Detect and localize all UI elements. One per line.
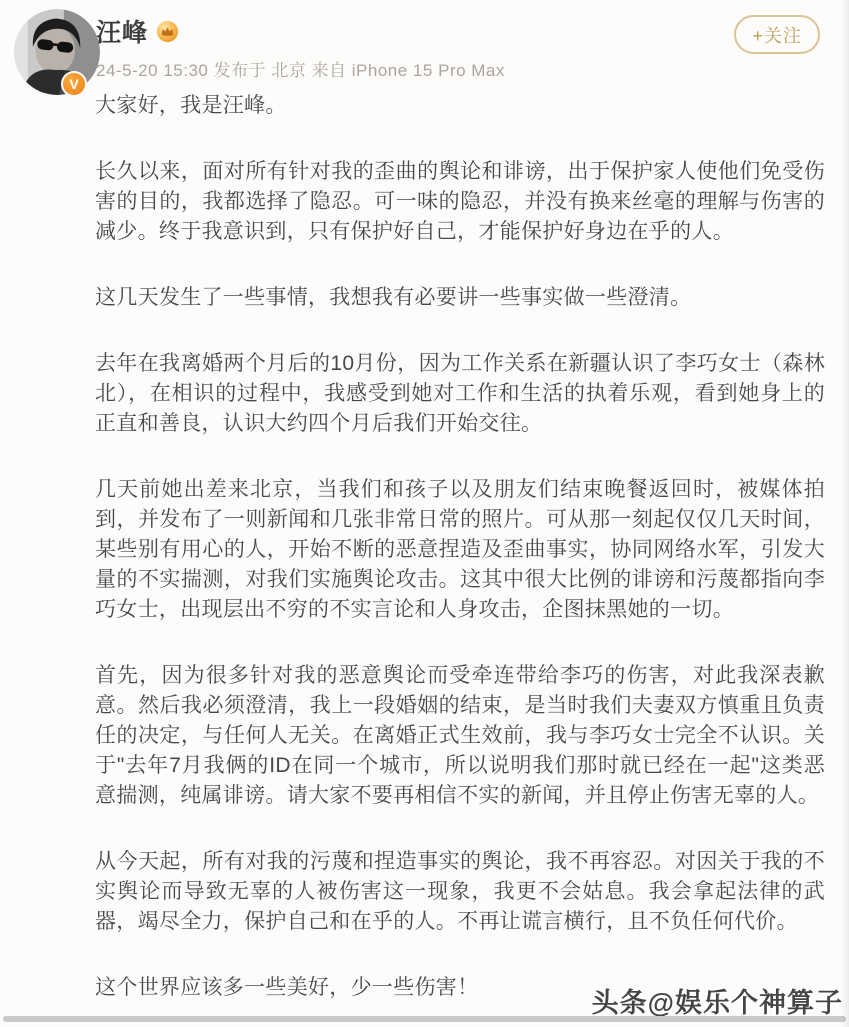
post-paragraph: 长久以来，面对所有针对我的歪曲的舆论和诽谤，出于保护家人使他们免受伤害的目的，我… bbox=[95, 157, 825, 247]
post-paragraph: 几天前她出差来北京，当我们和孩子以及朋友们结束晚餐返回时，被媒体拍到，并发布了一… bbox=[95, 475, 825, 625]
user-name-row: 汪峰 bbox=[96, 14, 179, 48]
avatar[interactable]: V bbox=[14, 9, 100, 95]
card-bottom-edge bbox=[3, 1016, 846, 1022]
post-meta: 24-5-20 15:30 发布于 北京 来自 iPhone 15 Pro Ma… bbox=[96, 56, 505, 81]
post-paragraph: 首先，因为很多针对我的恶意舆论而受牵连带给李巧的伤害，对此我深表歉意。然后我必须… bbox=[95, 661, 825, 811]
watermark: 头条@娱乐个神算子 bbox=[592, 981, 843, 1020]
post-paragraph: 这几天发生了一些事情，我想我有必要讲一些事实做一些澄清。 bbox=[95, 283, 825, 313]
follow-button[interactable]: +关注 bbox=[734, 15, 820, 54]
weibo-post-card: V 汪峰 24-5-20 15:30 发布于 北京 来自 iPhone 15 P… bbox=[0, 0, 849, 1027]
avatar-image bbox=[14, 9, 100, 95]
post-content: 大家好，我是汪峰。长久以来，面对所有针对我的歪曲的舆论和诽谤，出于保护家人使他们… bbox=[95, 91, 825, 1003]
username[interactable]: 汪峰 bbox=[96, 13, 148, 49]
verified-badge-icon: V bbox=[61, 71, 87, 97]
post-source: 发布于 北京 来自 iPhone 15 Pro Max bbox=[214, 61, 505, 80]
vip-gold-crown-icon bbox=[156, 20, 179, 43]
post-paragraph: 去年在我离婚两个月后的10月份，因为工作关系在新疆认识了李巧女士（森林北），在相… bbox=[95, 349, 825, 439]
post-paragraph: 从今天起，所有对我的污蔑和捏造事实的舆论，我不再容忍。对因关于我的不实舆论而导致… bbox=[95, 847, 825, 937]
post-timestamp: 24-5-20 15:30 bbox=[96, 61, 208, 80]
post-paragraph: 大家好，我是汪峰。 bbox=[95, 91, 825, 121]
